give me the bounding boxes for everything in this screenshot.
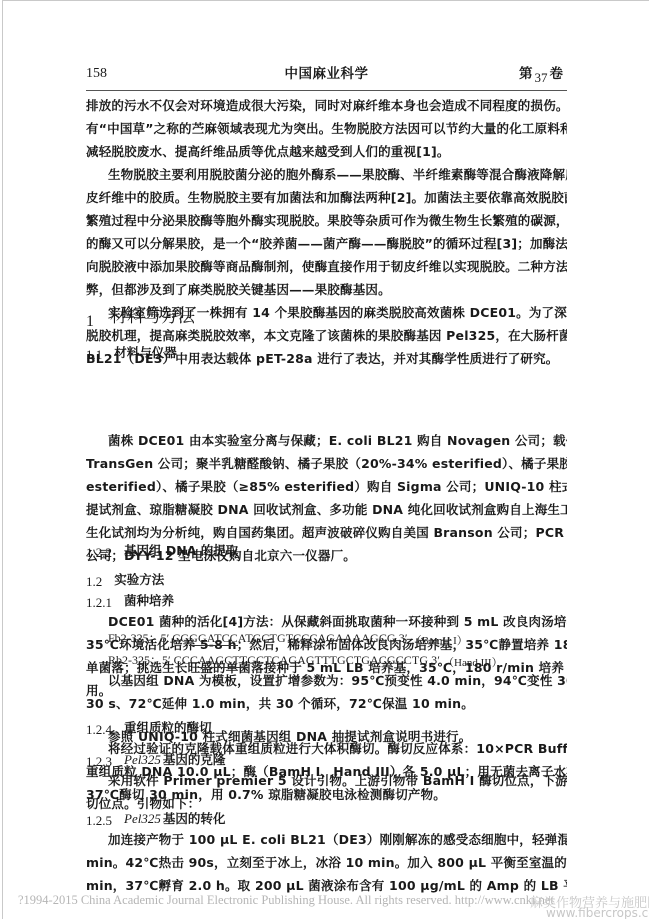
- copyright-footer: ?1994-2015 China Academic Journal Electr…: [18, 893, 554, 908]
- enzyme-label: （Hand III）: [443, 657, 503, 669]
- pcr-line: 30 s、72℃延伸 1.0 min，共 30 个循环，72℃保温 10 min…: [86, 693, 567, 715]
- watermark-url: www.fibercrops.com: [546, 908, 649, 918]
- pcr-line: 以基因组 DNA 为模板，设置扩增参数为：95℃预变性 4.0 min，94℃变…: [86, 670, 567, 692]
- restriction-site: GGATCC: [189, 631, 238, 646]
- subsection-number: 1.2.4: [86, 722, 112, 737]
- primer-forward: Fb2-325：5′ CGGGATCCATGCTGTCCCAGAAAAGCG 3…: [108, 629, 468, 646]
- body-line: 加连接产物于 100 μL E. coli BL21（DE3）刚刚解冻的感受态细…: [86, 829, 567, 851]
- subsection-heading-1-2-5: 1.2.5Pel325基因的转化: [86, 809, 225, 827]
- seq-part: ATGCTGTCCCAGAAAAGCG 3′: [238, 631, 408, 645]
- primer-reverse: Rb2-325：5′ CCCAAGCTTGCTCAGAGTTTGCTGACGCC…: [108, 651, 503, 668]
- subsection-heading-1-2-4: 1.2.4重组质粒的酶切: [86, 718, 212, 736]
- body-line: 将经过验证的克隆载体重组质粒进行大体积酶切。酶切反应体系：10×PCR Buff…: [86, 738, 567, 760]
- seq-part: CCC: [174, 653, 198, 667]
- body-line: 37℃酶切 30 min，用 0.7% 琼脂糖凝胶电泳检测酶切产物。: [86, 784, 567, 806]
- body-line: 重组质粒 DNA 10.0 μL；酶（BamH I、Hand III）各 5.0…: [86, 761, 567, 783]
- subsection-title: 重组质粒的酶切: [124, 720, 212, 735]
- primer-sequence: CCCAAGCTTGCTCAGAGTTTGCTGACGCCTG 3′: [174, 653, 440, 668]
- primer-name: Fb2-325：5′: [108, 631, 169, 645]
- primer-name: Rb2-325：5′: [108, 653, 171, 667]
- gene-name: Pel325: [124, 811, 161, 826]
- seq-part: CG: [172, 631, 189, 645]
- primer-sequence: CGGGATCCATGCTGTCCCAGAAAAGCG 3′: [172, 631, 407, 646]
- seq-part: GCTCAGAGTTTGCTGACGCCTG 3′: [247, 653, 440, 667]
- subsection-title: 基因的转化: [163, 811, 226, 826]
- subsection-number: 1.2.5: [86, 813, 112, 828]
- body-line: min。42℃热击 90s，立刻至于冰上，冰浴 10 min。加入 800 μL…: [86, 852, 567, 874]
- enzyme-label: （BamH I）: [411, 635, 468, 647]
- restriction-site: AAGCTT: [198, 653, 247, 668]
